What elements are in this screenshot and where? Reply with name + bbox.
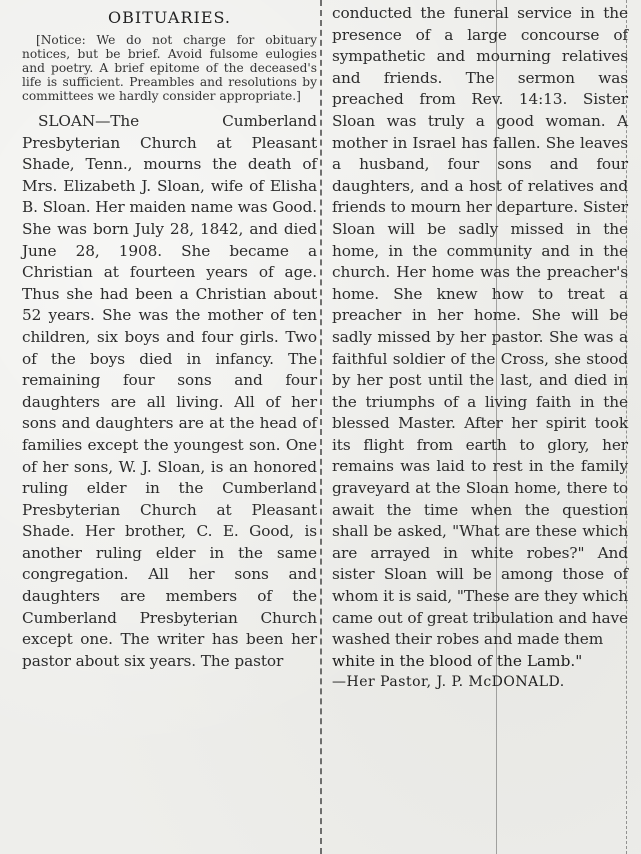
right-column: conducted the funeral service in the pre…: [332, 0, 628, 854]
left-column: OBITUARIES. [Notice: We do not charge fo…: [22, 0, 317, 854]
obituary-text-part-1: SLOAN—The Cumberland Presbyterian Church…: [22, 111, 317, 672]
column-divider: [320, 0, 322, 854]
newspaper-clipping: OBITUARIES. [Notice: We do not charge fo…: [0, 0, 641, 854]
author-signature: —Her Pastor, J. P. McDONALD.: [332, 672, 628, 692]
editorial-notice: [Notice: We do not charge for obituary n…: [22, 33, 317, 103]
obituary-text-part-2: conducted the funeral service in the pre…: [332, 3, 628, 651]
closing-line: white in the blood of the Lamb.": [332, 651, 628, 673]
section-heading: OBITUARIES.: [22, 8, 317, 27]
